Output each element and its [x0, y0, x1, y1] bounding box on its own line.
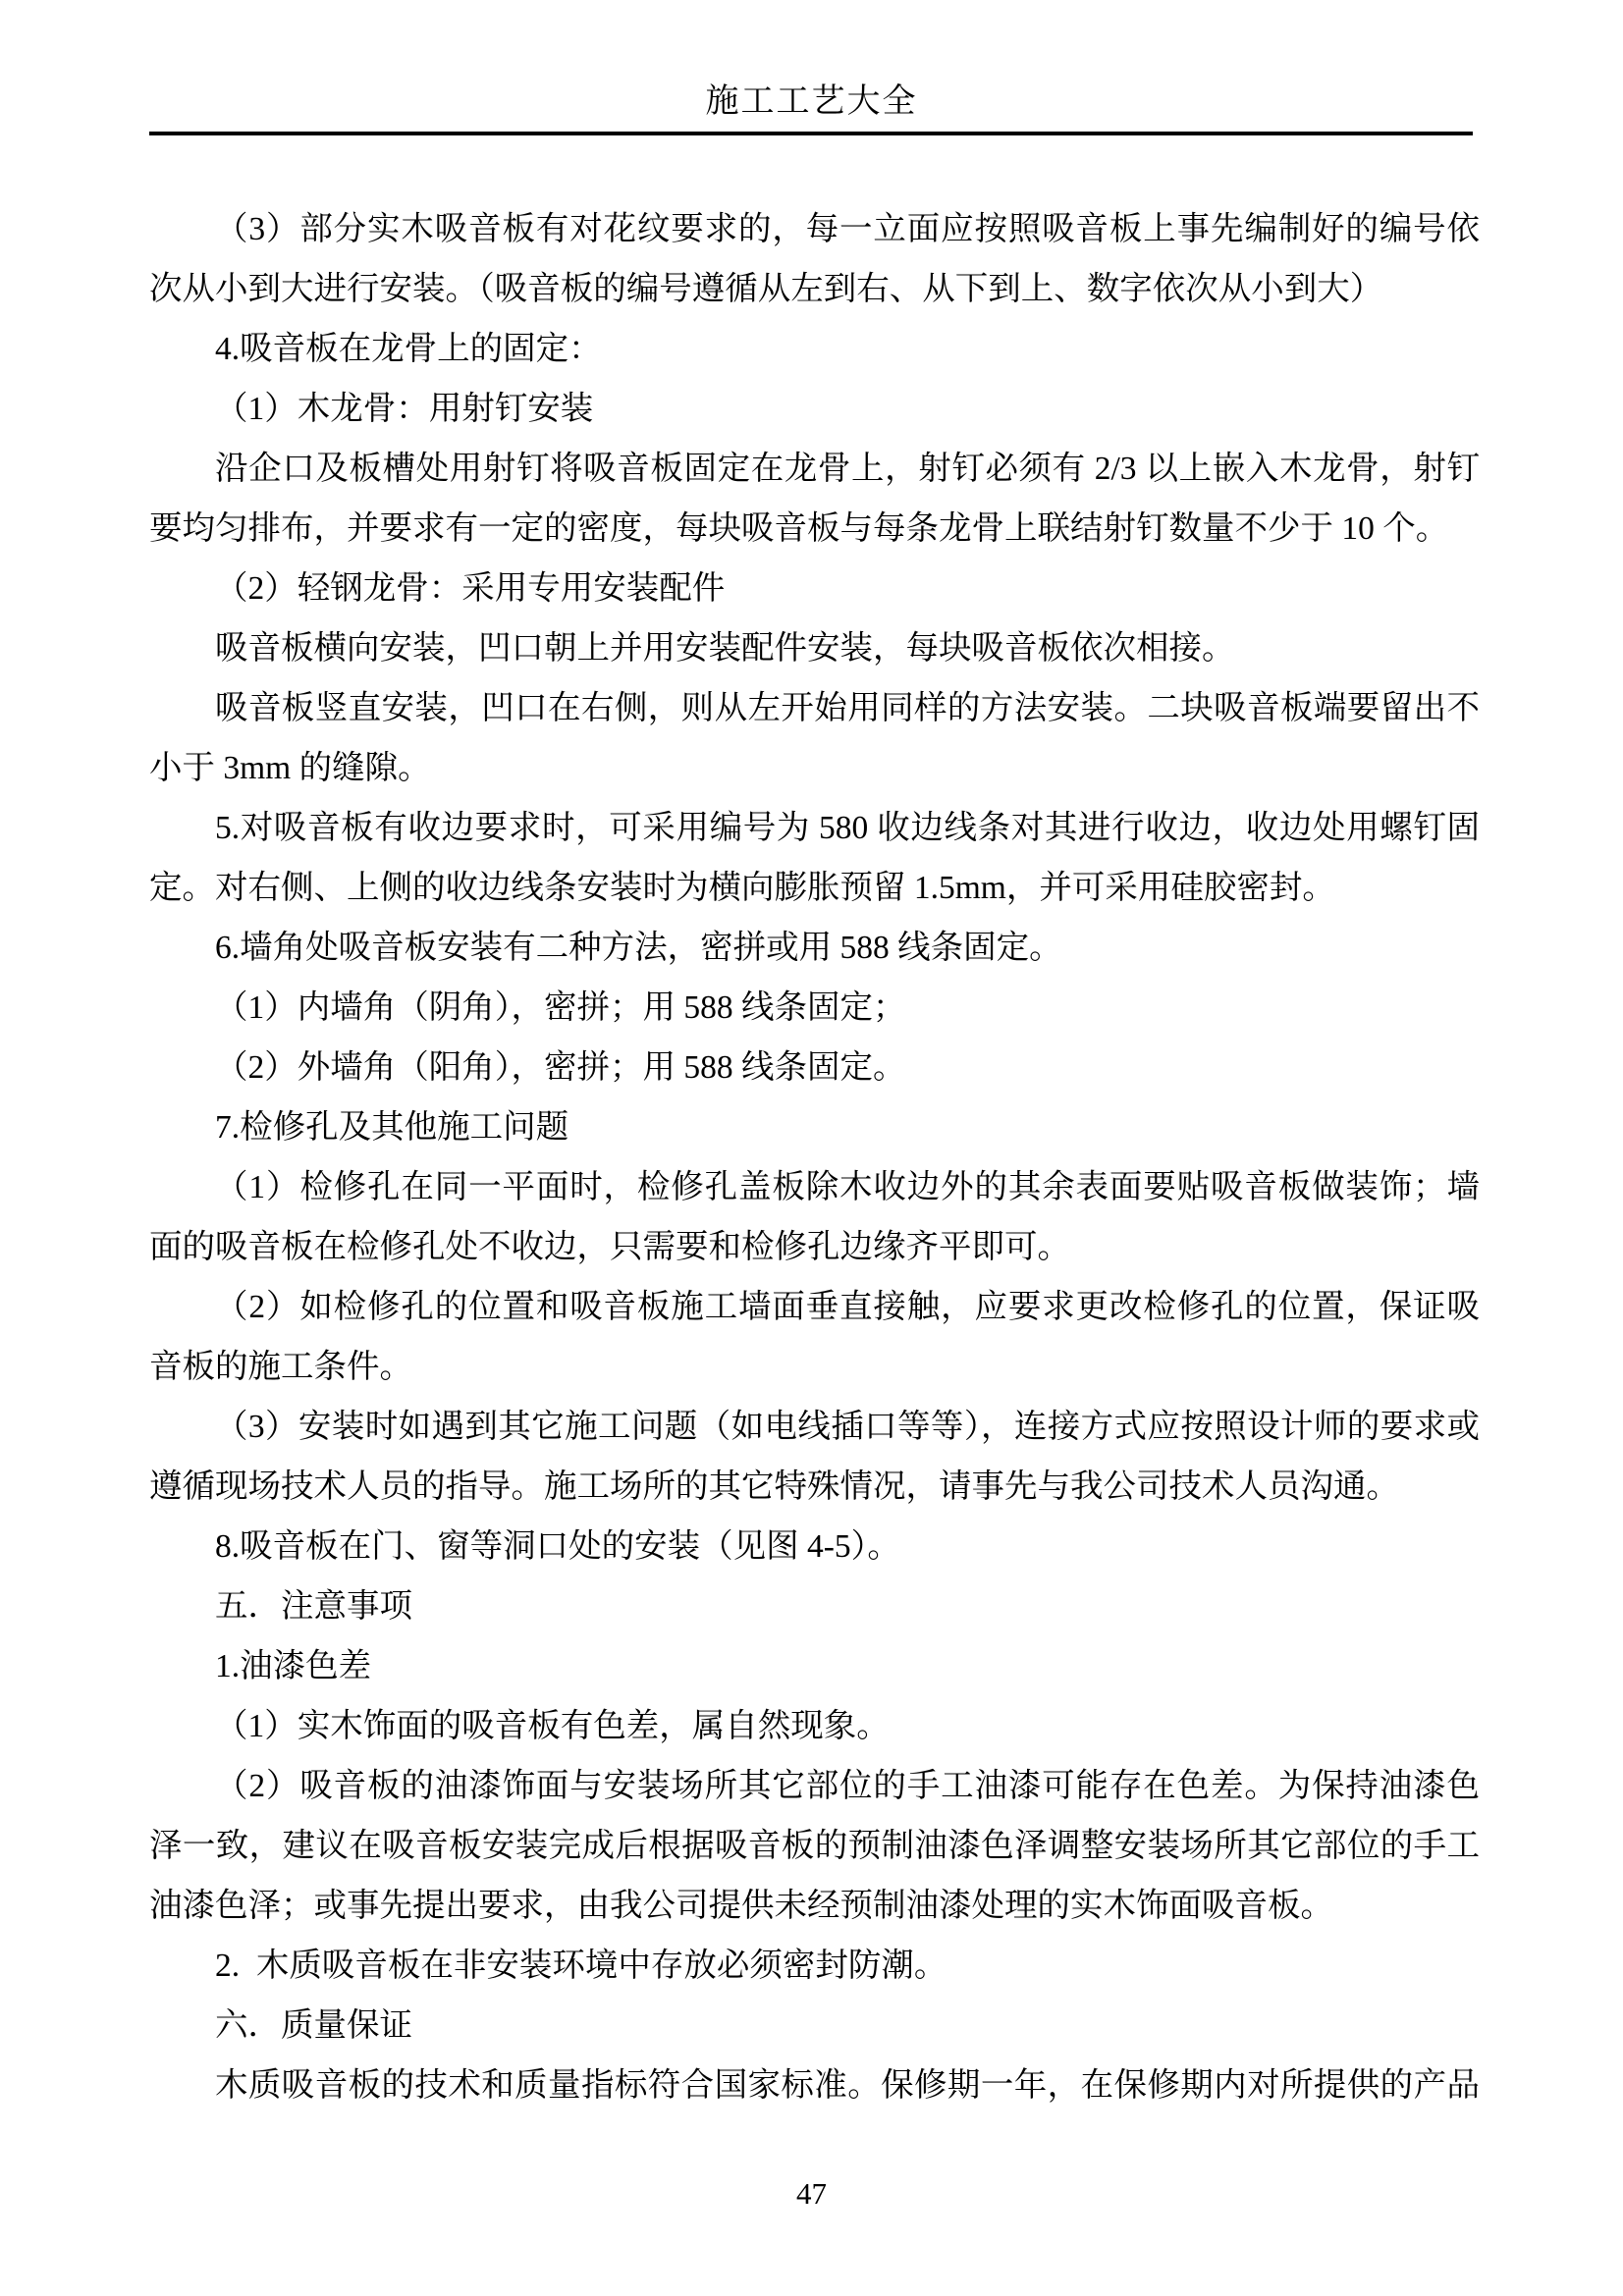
text-line: 音板的施工条件。	[149, 1337, 1480, 1397]
text-line: 油漆色泽；或事先提出要求，由我公司提供未经预制油漆处理的实木饰面吸音板。	[149, 1876, 1480, 1936]
text-line: 沿企口及板槽处用射钉将吸音板固定在龙骨上，射钉必须有 2/3 以上嵌入木龙骨，射…	[149, 439, 1480, 499]
text-line: （2）如检修孔的位置和吸音板施工墙面垂直接触，应要求更改检修孔的位置，保证吸	[149, 1277, 1480, 1337]
text-line: 次从小到大进行安装。（吸音板的编号遵循从左到右、从下到上、数字依次从小到大）	[149, 259, 1480, 319]
text-line: 1.油漆色差	[149, 1636, 1480, 1696]
text-line: 面的吸音板在检修孔处不收边，只需要和检修孔边缘齐平即可。	[149, 1217, 1480, 1277]
text-line: 遵循现场技术人员的指导。施工场所的其它特殊情况，请事先与我公司技术人员沟通。	[149, 1457, 1480, 1517]
text-line: 2. 木质吸音板在非安装环境中存放必须密封防潮。	[149, 1936, 1480, 1996]
text-line: 吸音板竖直安装，凹口在右侧，则从左开始用同样的方法安装。二块吸音板端要留出不	[149, 678, 1480, 738]
header-title: 施工工艺大全	[0, 82, 1623, 122]
text-line: 5.对吸音板有收边要求时，可采用编号为 580 收边线条对其进行收边，收边处用螺…	[149, 798, 1480, 858]
text-line: （1）内墙角（阴角），密拼；用 588 线条固定；	[149, 978, 1480, 1038]
text-line: （1）实木饰面的吸音板有色差，属自然现象。	[149, 1696, 1480, 1756]
text-line: （2）外墙角（阳角），密拼；用 588 线条固定。	[149, 1038, 1480, 1097]
text-line: 木质吸音板的技术和质量指标符合国家标准。保修期一年，在保修期内对所提供的产品	[149, 2056, 1480, 2115]
text-line: 六．质量保证	[149, 1996, 1480, 2056]
text-line: 7.检修孔及其他施工问题	[149, 1097, 1480, 1157]
text-line: 要均匀排布，并要求有一定的密度，每块吸音板与每条龙骨上联结射钉数量不少于 10 …	[149, 499, 1480, 559]
text-line: 泽一致，建议在吸音板安装完成后根据吸音板的预制油漆色泽调整安装场所其它部位的手工	[149, 1816, 1480, 1876]
text-line: （2）轻钢龙骨：采用专用安装配件	[149, 559, 1480, 618]
text-line: （3）部分实木吸音板有对花纹要求的，每一立面应按照吸音板上事先编制好的编号依	[149, 199, 1480, 259]
document-body: （3）部分实木吸音板有对花纹要求的，每一立面应按照吸音板上事先编制好的编号依次从…	[149, 199, 1480, 2115]
document-page: 施工工艺大全 （3）部分实木吸音板有对花纹要求的，每一立面应按照吸音板上事先编制…	[0, 0, 1623, 2296]
text-line: （3）安装时如遇到其它施工问题（如电线插口等等），连接方式应按照设计师的要求或	[149, 1397, 1480, 1457]
text-line: （1）木龙骨：用射钉安装	[149, 379, 1480, 439]
page-footer: 47	[0, 2164, 1623, 2223]
header-rule	[149, 132, 1473, 135]
text-line: 小于 3mm 的缝隙。	[149, 738, 1480, 798]
text-line: 8.吸音板在门、窗等洞口处的安装（见图 4-5）。	[149, 1517, 1480, 1576]
text-line: 五．注意事项	[149, 1576, 1480, 1636]
text-line: 4.吸音板在龙骨上的固定：	[149, 319, 1480, 379]
page-number: 47	[796, 2176, 827, 2211]
text-line: （1）检修孔在同一平面时，检修孔盖板除木收边外的其余表面要贴吸音板做装饰；墙	[149, 1157, 1480, 1217]
text-line: （2）吸音板的油漆饰面与安装场所其它部位的手工油漆可能存在色差。为保持油漆色	[149, 1756, 1480, 1816]
text-line: 吸音板横向安装，凹口朝上并用安装配件安装，每块吸音板依次相接。	[149, 618, 1480, 678]
text-line: 定。对右侧、上侧的收边线条安装时为横向膨胀预留 1.5mm，并可采用硅胶密封。	[149, 858, 1480, 918]
text-line: 6.墙角处吸音板安装有二种方法，密拼或用 588 线条固定。	[149, 918, 1480, 978]
